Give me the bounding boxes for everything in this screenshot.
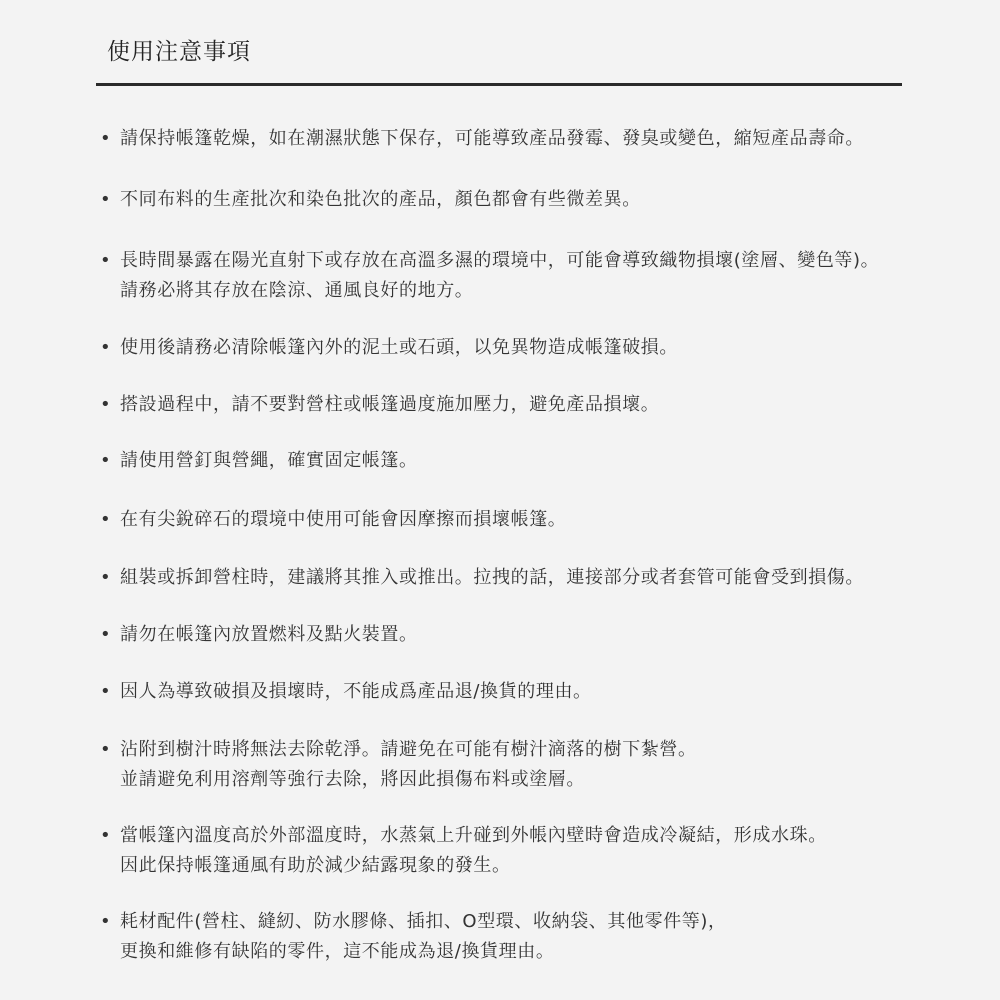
- note-item: • 請保持帳篷乾燥，如在潮濕狀態下保存，可能導致產品發霉、發臭或變色，縮短產品壽…: [100, 124, 980, 154]
- note-item: • 當帳篷內溫度高於外部溫度時，水蒸氣上升碰到外帳內壁時會造成冷凝結，形成水珠。…: [100, 821, 980, 881]
- bullet-icon: •: [100, 505, 118, 535]
- bullet-icon: •: [100, 735, 118, 765]
- bullet-icon: •: [100, 185, 118, 215]
- note-line: 耗材配件(營柱、縫紉、防水膠條、插扣、O型環、收納袋、其他零件等)，: [120, 907, 980, 937]
- bullet-icon: •: [100, 390, 118, 420]
- note-line: 請保持帳篷乾燥，如在潮濕狀態下保存，可能導致產品發霉、發臭或變色，縮短產品壽命。: [120, 124, 980, 154]
- note-line: 使用後請務必清除帳篷內外的泥土或石頭，以免異物造成帳篷破損。: [120, 333, 980, 363]
- note-line: 更換和維修有缺陷的零件，這不能成為退/換貨理由。: [120, 937, 980, 967]
- page-title: 使用注意事項: [107, 34, 251, 70]
- note-item: • 搭設過程中，請不要對營柱或帳篷過度施加壓力，避免產品損壞。: [100, 390, 980, 420]
- note-line: 搭設過程中，請不要對營柱或帳篷過度施加壓力，避免產品損壞。: [120, 390, 980, 420]
- bullet-icon: •: [100, 124, 118, 154]
- note-line: 組裝或拆卸營柱時，建議將其推入或推出。拉拽的話，連接部分或者套管可能會受到損傷。: [120, 563, 980, 593]
- note-line: 因此保持帳篷通風有助於減少結露現象的發生。: [120, 851, 980, 881]
- note-item: • 因人為導致破損及損壞時，不能成爲產品退/換貨的理由。: [100, 677, 980, 707]
- note-line: 在有尖銳碎石的環境中使用可能會因摩擦而損壞帳篷。: [120, 505, 980, 535]
- note-item: • 請使用營釘與營繩，確實固定帳篷。: [100, 446, 980, 476]
- bullet-icon: •: [100, 677, 118, 707]
- note-item: • 在有尖銳碎石的環境中使用可能會因摩擦而損壞帳篷。: [100, 505, 980, 535]
- note-item: • 請勿在帳篷內放置燃料及點火裝置。: [100, 620, 980, 650]
- bullet-icon: •: [100, 446, 118, 476]
- note-line: 長時間暴露在陽光直射下或存放在高溫多濕的環境中，可能會導致織物損壞(塗層、變色等…: [120, 246, 980, 276]
- note-item: • 耗材配件(營柱、縫紉、防水膠條、插扣、O型環、收納袋、其他零件等)， 更換和…: [100, 907, 980, 967]
- bullet-icon: •: [100, 246, 118, 276]
- note-item: • 不同布料的生產批次和染色批次的產品，顏色都會有些微差異。: [100, 185, 980, 215]
- note-line: 沾附到樹汁時將無法去除乾淨。請避免在可能有樹汁滴落的樹下紮營。: [120, 735, 980, 765]
- note-item: • 組裝或拆卸營柱時，建議將其推入或推出。拉拽的話，連接部分或者套管可能會受到損…: [100, 563, 980, 593]
- note-line: 因人為導致破損及損壞時，不能成爲產品退/換貨的理由。: [120, 677, 980, 707]
- bullet-icon: •: [100, 907, 118, 937]
- note-item: • 使用後請務必清除帳篷內外的泥土或石頭，以免異物造成帳篷破損。: [100, 333, 980, 363]
- bullet-icon: •: [100, 563, 118, 593]
- bullet-icon: •: [100, 620, 118, 650]
- note-line: 請勿在帳篷內放置燃料及點火裝置。: [120, 620, 980, 650]
- note-item: • 長時間暴露在陽光直射下或存放在高溫多濕的環境中，可能會導致織物損壞(塗層、變…: [100, 246, 980, 306]
- note-line: 請使用營釘與營繩，確實固定帳篷。: [120, 446, 980, 476]
- note-item: • 沾附到樹汁時將無法去除乾淨。請避免在可能有樹汁滴落的樹下紮營。 並請避免利用…: [100, 735, 980, 795]
- bullet-icon: •: [100, 821, 118, 851]
- note-line: 請務必將其存放在陰涼、通風良好的地方。: [120, 276, 980, 306]
- bullet-icon: •: [100, 333, 118, 363]
- note-line: 當帳篷內溫度高於外部溫度時，水蒸氣上升碰到外帳內壁時會造成冷凝結，形成水珠。: [120, 821, 980, 851]
- title-divider: [96, 83, 902, 86]
- note-line: 並請避免利用溶劑等強行去除，將因此損傷布料或塗層。: [120, 765, 980, 795]
- note-line: 不同布料的生產批次和染色批次的產品，顏色都會有些微差異。: [120, 185, 980, 215]
